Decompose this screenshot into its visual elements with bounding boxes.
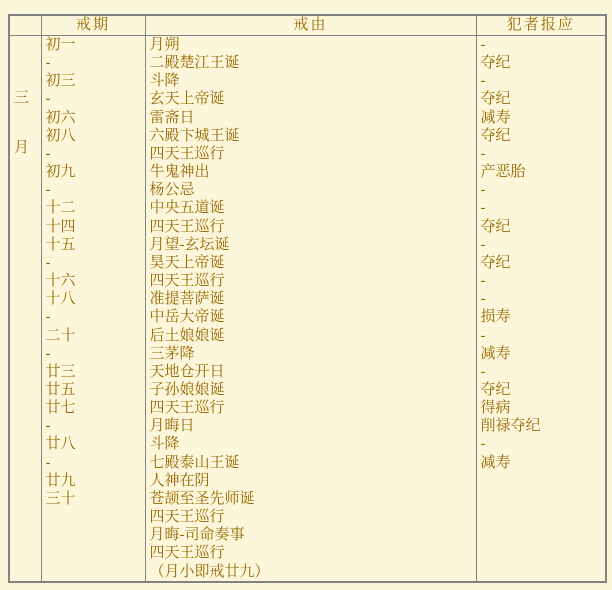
reason-line: 月晦-司命奏事 [146,526,476,544]
period-line: 十二 [42,199,145,217]
period-line: - [42,345,145,363]
period-line: - [42,90,145,108]
header-retribution: 犯者报应 [476,15,606,36]
reason-line: 中岳大帝诞 [146,308,476,326]
retribution-line: 夺纪 [477,218,606,236]
reason-line: 准提菩萨诞 [146,290,476,308]
retribution-line: - [477,199,606,217]
reason-line: 中央五道诞 [146,199,476,217]
retribution-line: 夺纪 [477,127,606,145]
month-char-bottom: 月 [10,139,41,157]
period-line: 初六 [42,109,145,127]
reason-line: 昊天上帝诞 [146,254,476,272]
retribution-line [477,526,606,544]
page-background: 戒期 戒由 犯者报应 三 月 初一-初三-初六初八-初九-十二十四十五-十六十八… [0,0,612,590]
reason-line: 子孙娘娘诞 [146,381,476,399]
reason-line: 三茅降 [146,345,476,363]
reason-line: 四天王巡行 [146,508,476,526]
reason-line: 四天王巡行 [146,218,476,236]
period-line: 廿八 [42,435,145,453]
retribution-line: 削禄夺纪 [477,417,606,435]
retribution-line [477,490,606,508]
retribution-line: - [477,290,606,308]
reason-line: 后土娘娘诞 [146,327,476,345]
retribution-line: - [477,181,606,199]
retribution-line: - [477,145,606,163]
reason-line: 四天王巡行 [146,145,476,163]
retribution-line: 损寿 [477,308,606,326]
reason-line: 天地仓开日 [146,363,476,381]
retribution-line: - [477,363,606,381]
reason-line: 人神在阴 [146,472,476,490]
period-line: 初八 [42,127,145,145]
retribution-line: - [477,272,606,290]
retribution-line: 夺纪 [477,54,606,72]
reason-line: （月小即戒廿九） [146,563,476,581]
header-row: 戒期 戒由 犯者报应 [9,15,606,36]
retribution-line: 减寿 [477,109,606,127]
period-line: - [42,181,145,199]
reason-line: 苍颉至圣先师诞 [146,490,476,508]
period-line: - [42,54,145,72]
retribution-line [477,544,606,562]
period-line: 三十 [42,490,145,508]
retribution-line: 产恶胎 [477,163,606,181]
period-line: 廿七 [42,399,145,417]
period-line [42,526,145,544]
reason-line: 二殿楚江王诞 [146,54,476,72]
period-line: 十八 [42,290,145,308]
period-column-cell: 初一-初三-初六初八-初九-十二十四十五-十六十八-二十-廿三廿五廿七-廿八-廿… [41,36,145,583]
retribution-line: 夺纪 [477,90,606,108]
retribution-line: 得病 [477,399,606,417]
month-cell: 三 月 [9,36,41,583]
header-period: 戒期 [41,15,145,36]
reason-line: 四天王巡行 [146,399,476,417]
period-line: 十六 [42,272,145,290]
reason-line: 四天王巡行 [146,544,476,562]
period-line: 廿五 [42,381,145,399]
retribution-line: - [477,236,606,254]
abstinence-calendar-table: 戒期 戒由 犯者报应 三 月 初一-初三-初六初八-初九-十二十四十五-十六十八… [8,14,607,583]
period-line: 初三 [42,72,145,90]
reason-line: 斗降 [146,72,476,90]
retribution-line: 减寿 [477,454,606,472]
reason-line: 斗降 [146,435,476,453]
retribution-column-cell: -夺纪-夺纪减寿夺纪-产恶胎--夺纪-夺纪--损寿-减寿-夺纪得病削禄夺纪-减寿 [476,36,606,583]
reason-line: 雷斋日 [146,109,476,127]
period-line [42,563,145,581]
period-line: - [42,417,145,435]
period-line: 廿九 [42,472,145,490]
period-line: - [42,454,145,472]
period-line: 初九 [42,163,145,181]
reason-line: 玄天上帝诞 [146,90,476,108]
retribution-line [477,563,606,581]
reason-line: 七殿泰山王诞 [146,454,476,472]
header-reason: 戒由 [145,15,476,36]
retribution-line: 夺纪 [477,381,606,399]
retribution-line: 减寿 [477,345,606,363]
period-line [42,544,145,562]
period-line: 廿三 [42,363,145,381]
retribution-line: - [477,72,606,90]
period-line: - [42,254,145,272]
period-line: 十五 [42,236,145,254]
retribution-line: - [477,327,606,345]
header-month-cell [9,15,41,36]
reason-line: 月望-玄坛诞 [146,236,476,254]
reason-column-cell: 月朔二殿楚江王诞斗降玄天上帝诞雷斋日六殿卞城王诞四天王巡行牛鬼神出杨公忌中央五道… [145,36,476,583]
retribution-line: - [477,36,606,54]
retribution-line [477,508,606,526]
retribution-line: 夺纪 [477,254,606,272]
reason-line: 月晦日 [146,417,476,435]
period-line: 初一 [42,36,145,54]
reason-line: 杨公忌 [146,181,476,199]
period-line: - [42,145,145,163]
retribution-line: - [477,435,606,453]
period-line: - [42,308,145,326]
period-line: 二十 [42,327,145,345]
month-char-top: 三 [10,89,41,107]
reason-line: 六殿卞城王诞 [146,127,476,145]
reason-line: 四天王巡行 [146,272,476,290]
reason-line: 月朔 [146,36,476,54]
reason-line: 牛鬼神出 [146,163,476,181]
retribution-line [477,472,606,490]
data-row: 三 月 初一-初三-初六初八-初九-十二十四十五-十六十八-二十-廿三廿五廿七-… [9,36,606,583]
period-line [42,508,145,526]
period-line: 十四 [42,218,145,236]
